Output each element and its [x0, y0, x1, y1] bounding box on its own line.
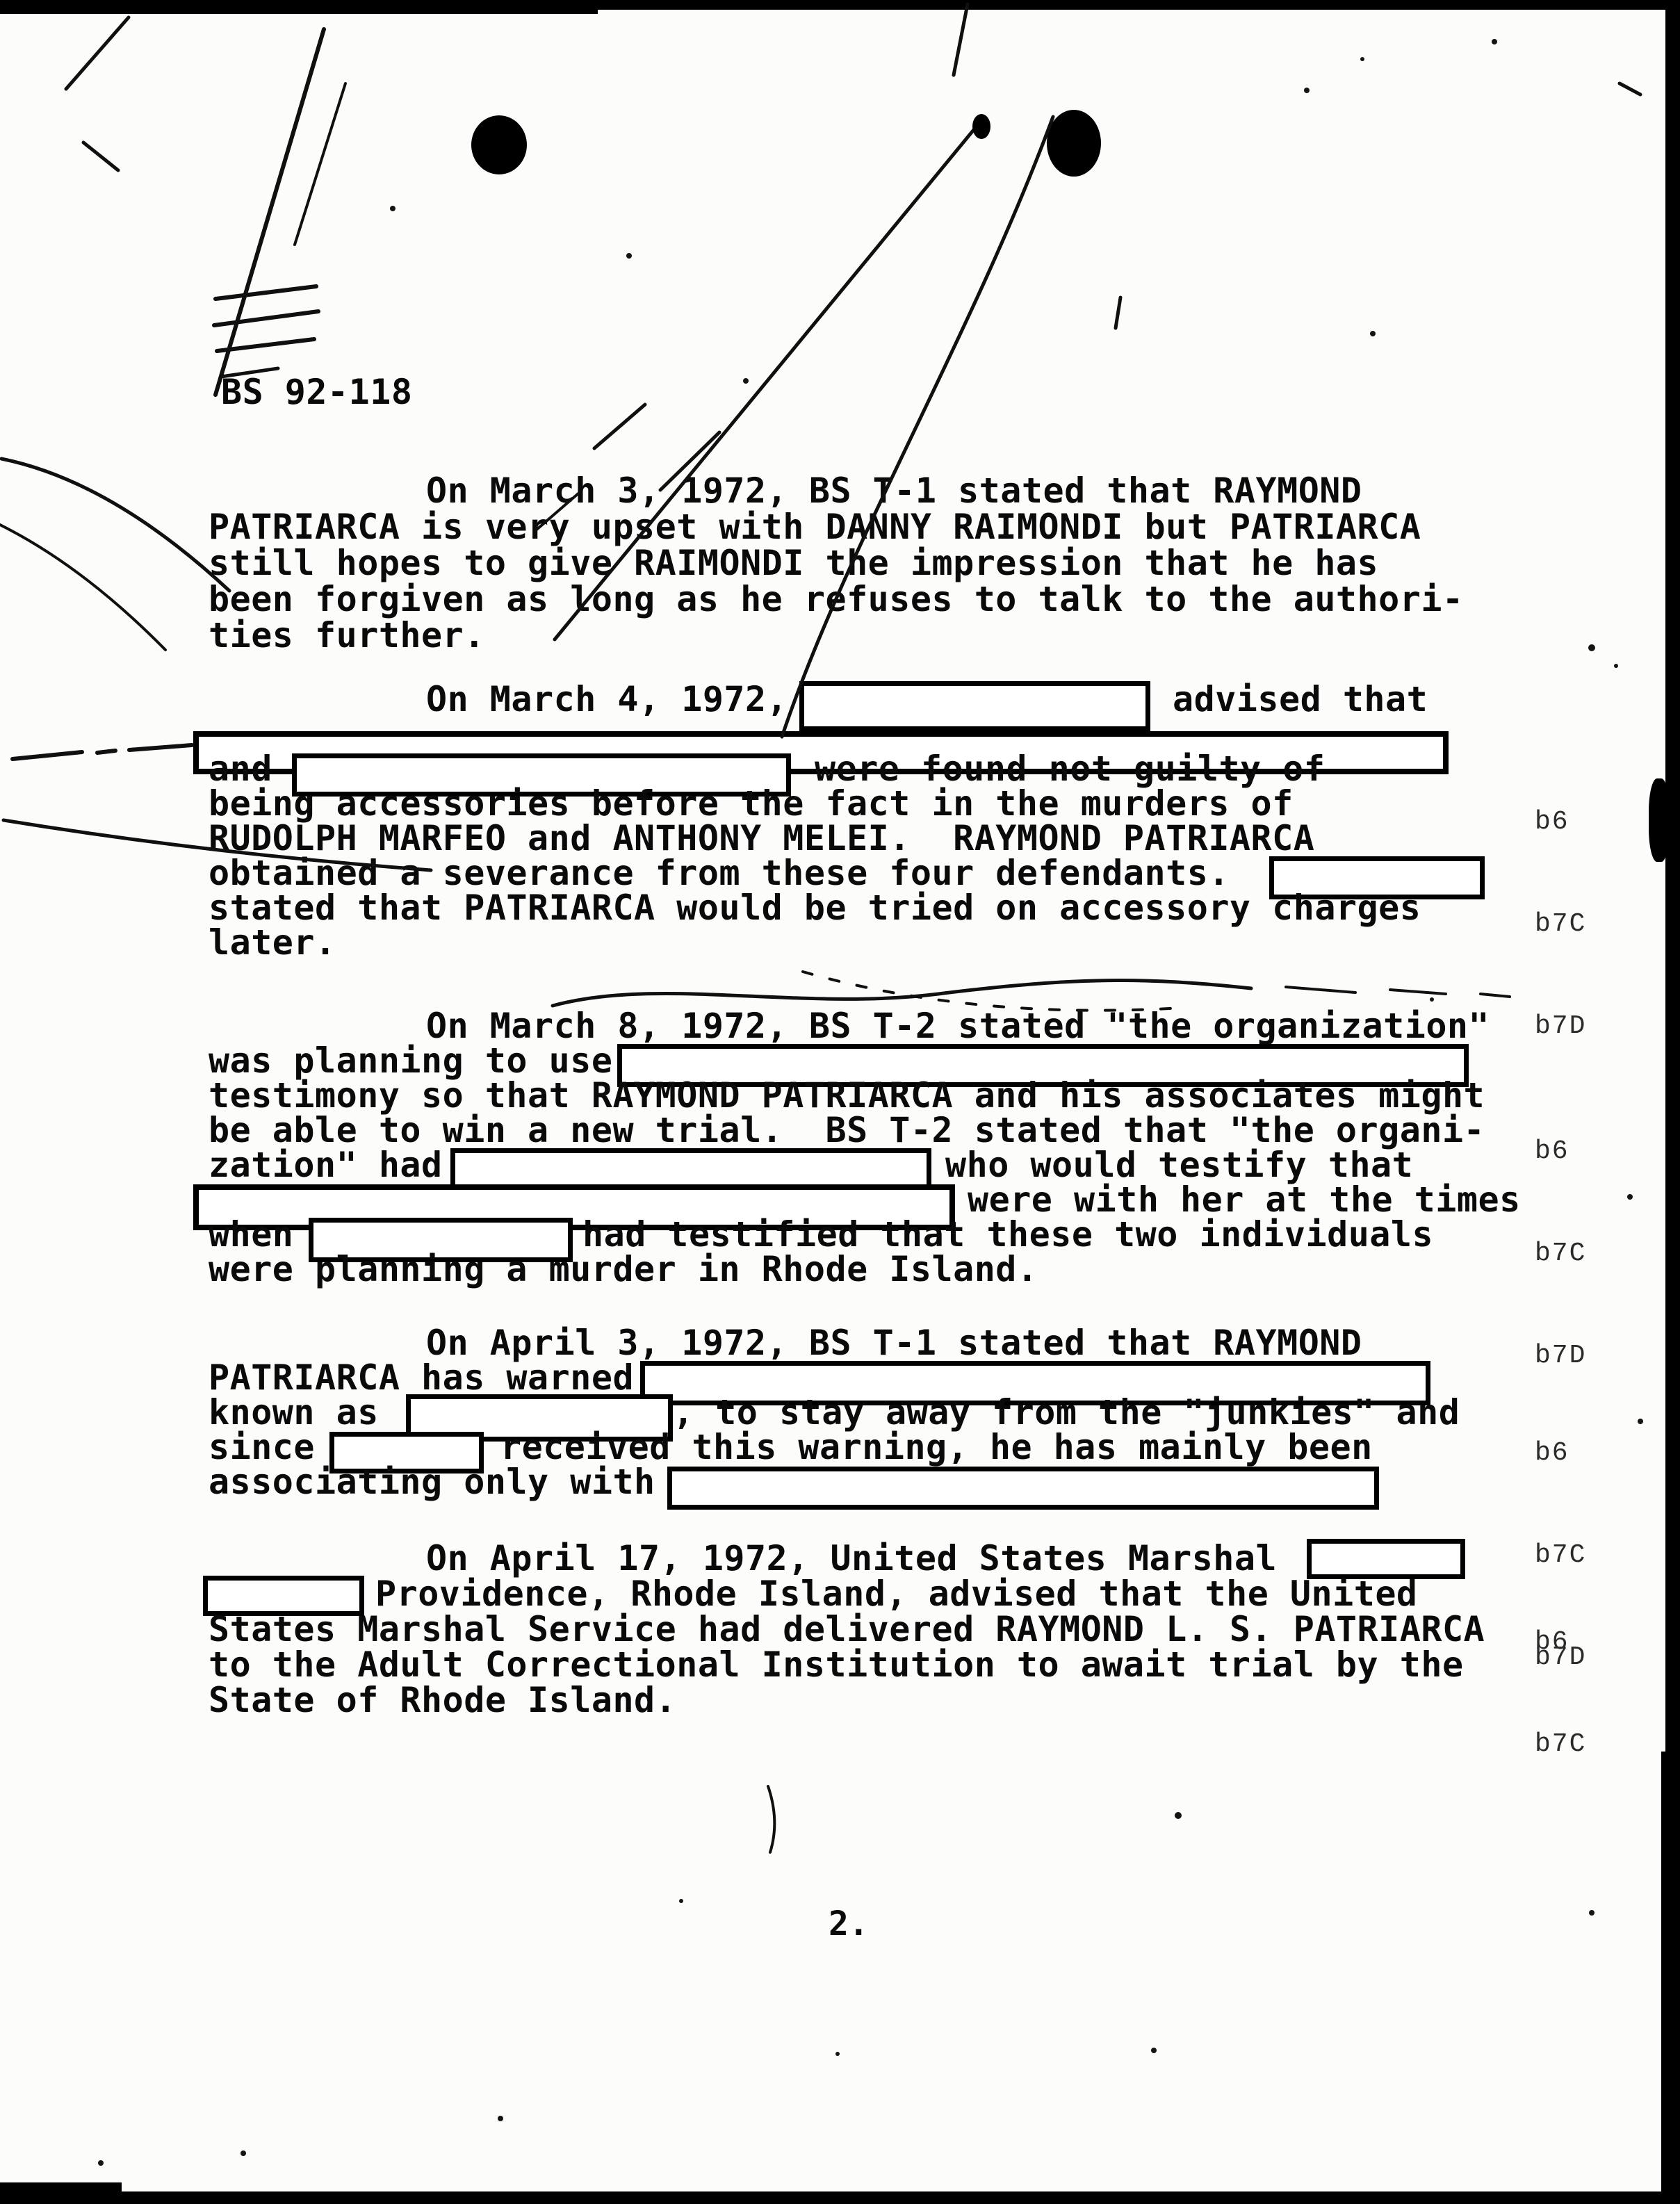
foia-exemption-codes: b6 b7C — [1535, 1557, 1604, 1829]
redaction-box — [667, 1467, 1379, 1510]
paragraph4-line2-pre: PATRIARCA has warned — [209, 1358, 634, 1397]
foia-exemption-codes: b6 b7C b7D — [1535, 737, 1604, 1111]
paragraph3-line2-pre: was planning to use — [209, 1041, 612, 1080]
paragraph4-line3-pre: known as — [209, 1393, 379, 1432]
paragraph3-line3: testimony so that RAYMOND PATRIARCA and … — [209, 1076, 1485, 1115]
page-number: 2. — [829, 1904, 869, 1943]
paragraph5-line4: to the Adult Correctional Institution to… — [209, 1645, 1464, 1684]
paragraph1-line4: been forgiven as long as he refuses to t… — [209, 580, 1464, 619]
paragraph3-line6-post: were with her at the times — [968, 1180, 1521, 1219]
paragraph4-line3-post: , to stay away from the "junkies" and — [673, 1393, 1460, 1432]
scan-bottom-edge — [0, 2191, 1680, 2204]
exemption-code: b6 — [1535, 805, 1604, 839]
paragraph1-line1: On March 3, 1972, BS T-1 stated that RAY… — [426, 471, 1362, 510]
scan-right-edge-thick — [1661, 1752, 1680, 2204]
redaction-box — [450, 1148, 931, 1190]
paragraph5-line3: States Marshal Service had delivered RAY… — [209, 1610, 1485, 1649]
paragraph5-line2-post: Providence, Rhode Island, advised that t… — [375, 1574, 1418, 1613]
ink-blob-right-edge — [1649, 778, 1670, 862]
scan-bottom-left-chunk — [0, 2182, 122, 2204]
paragraph3-line7-post: had testified that these two individuals — [582, 1215, 1433, 1254]
paragraph2-line7: stated that PATRIARCA would be tried on … — [209, 888, 1421, 927]
paragraph4-line1: On April 3, 1972, BS T-1 stated that RAY… — [426, 1323, 1362, 1362]
paragraph4-line4-pre: since — [209, 1428, 315, 1467]
paragraph3-line8: were planning a murder in Rhode Island. — [209, 1250, 1038, 1289]
paragraph3-line4: be able to win a new trial. BS T-2 state… — [209, 1111, 1485, 1150]
paragraph5-line5: State of Rhode Island. — [209, 1681, 676, 1720]
exemption-code: b6 — [1535, 1625, 1604, 1659]
exemption-code: b7D — [1535, 1009, 1604, 1043]
paragraph1-line3: still hopes to give RAIMONDI the impress… — [209, 544, 1378, 582]
paragraph3-line7-pre: when — [209, 1215, 293, 1254]
exemption-code: b6 — [1535, 1134, 1604, 1168]
paragraph2-line3-post: were found not guilty of — [815, 749, 1325, 788]
paragraph2-line1-pre: On March 4, 1972, — [426, 680, 788, 719]
redaction-box — [799, 681, 1150, 731]
paragraph2-line1-post: advised that — [1173, 680, 1428, 719]
paragraph5-line1-pre: On April 17, 1972, United States Marshal — [426, 1539, 1277, 1578]
paragraph3-line5-pre: zation" had — [209, 1145, 443, 1184]
paragraph4-line4-post: received this warning, he has mainly bee… — [500, 1428, 1373, 1467]
paragraph3-line1: On March 8, 1972, BS T-2 stated "the org… — [426, 1006, 1490, 1045]
scanned-document-page: BS 92-118 On March 3, 1972, BS T-1 state… — [0, 0, 1680, 2204]
exemption-code: b6 — [1535, 1436, 1604, 1470]
punch-hole-mark-right — [1047, 110, 1101, 177]
paragraph1-line2: PATRIARCA is very upset with DANNY RAIMO… — [209, 507, 1421, 546]
exemption-code: b7C — [1535, 907, 1604, 941]
paragraph4-line5-pre: associating only with — [209, 1462, 655, 1501]
paragraph2-line6: obtained a severance from these four def… — [209, 854, 1230, 892]
paragraph2-line3-pre: and — [209, 749, 272, 788]
paragraph2-line5: RUDOLPH MARFEO and ANTHONY MELEI. RAYMON… — [209, 819, 1314, 858]
paragraph2-line4: being accessories before the fact in the… — [209, 784, 1294, 823]
paragraph2-line8: later. — [209, 923, 336, 962]
punch-hole-mark-left — [471, 115, 527, 174]
exemption-code: b7C — [1535, 1236, 1604, 1271]
paragraph1-line5: ties further. — [209, 616, 485, 655]
scan-top-edge-thick — [0, 0, 598, 14]
paragraph3-line5-post: who would testify that — [945, 1145, 1413, 1184]
case-number: BS 92-118 — [221, 373, 412, 411]
exemption-code: b7C — [1535, 1727, 1604, 1761]
